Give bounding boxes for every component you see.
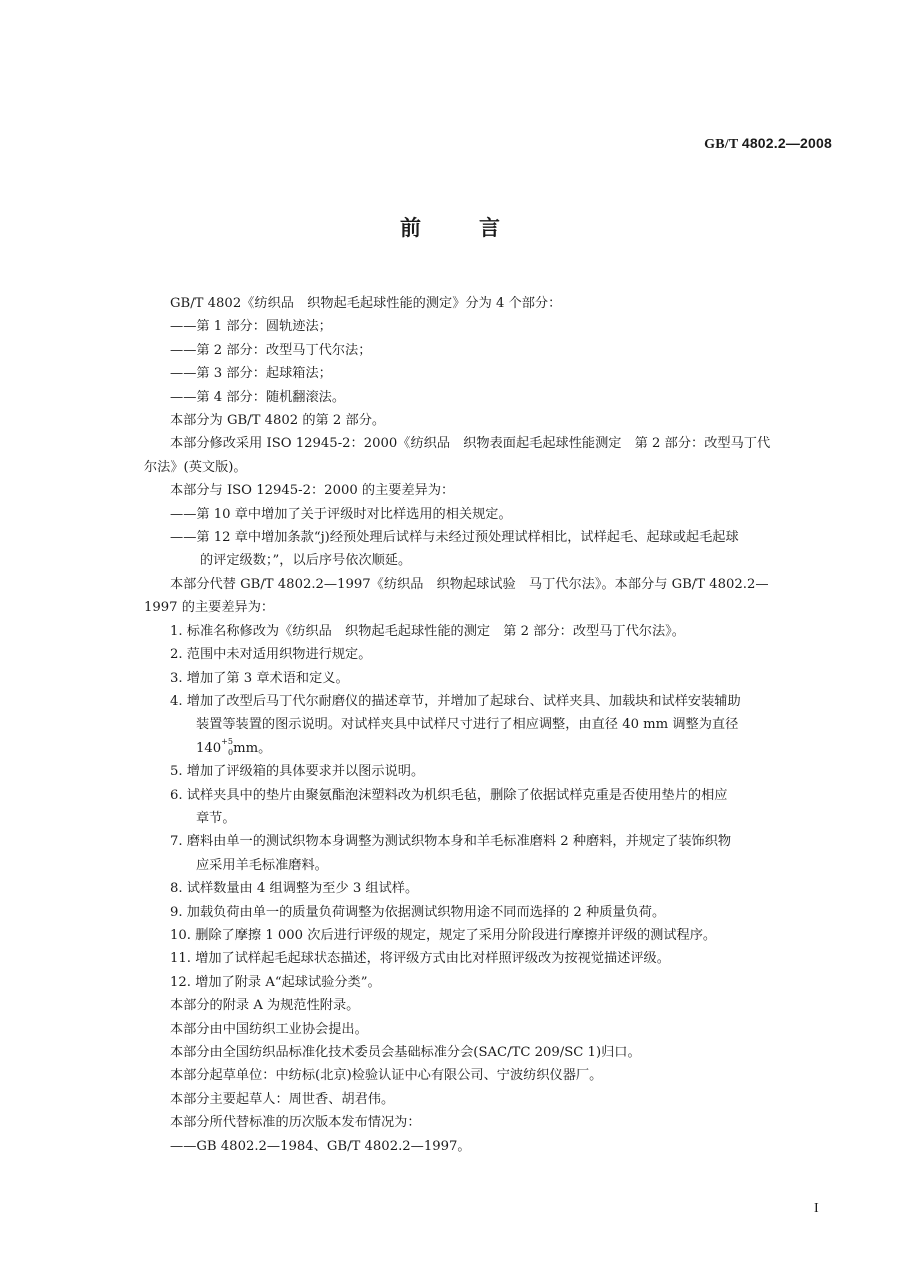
proposed-by: 本部分由中国纺织工业协会提出。 (144, 1018, 864, 1041)
upper-tolerance: +5 (221, 738, 233, 746)
title-char-2: 言 (479, 212, 500, 242)
iso-diff-item: ——第 12 章中增加条款“j)经预处理后试样与未经过预处理试样相比，试样起毛、… (144, 526, 864, 549)
history-list: ——GB 4802.2—1984、GB/T 4802.2—1997。 (144, 1135, 864, 1158)
iso-diff-item-cont: 的评定级数；”，以后序号依次顺延。 (144, 549, 864, 572)
lower-tolerance: 0 (228, 749, 233, 757)
change-item-2: 2. 范围中未对适用织物进行规定。 (144, 643, 864, 666)
change-item-12: 12. 增加了附录 A“起球试验分类”。 (144, 971, 864, 994)
part-item: ——第 3 部分：起球箱法； (144, 362, 864, 385)
change-item-7-cont: 应采用羊毛标准磨料。 (144, 854, 864, 877)
history-intro: 本部分所代替标准的历次版本发布情况为： (144, 1111, 864, 1134)
intro-paragraph: GB/T 4802《纺织品 织物起毛起球性能的测定》分为 4 个部分： (144, 292, 864, 315)
adoption-statement: 本部分修改采用 ISO 12945-2：2000《纺织品 织物表面起毛起球性能测… (144, 432, 864, 455)
change-item-5: 5. 增加了评级箱的具体要求并以图示说明。 (144, 760, 864, 783)
drafters: 本部分主要起草人：周世香、胡君伟。 (144, 1088, 864, 1111)
change-item-8: 8. 试样数量由 4 组调整为至少 3 组试样。 (144, 877, 864, 900)
standard-code: 4802.2—2008 (742, 135, 832, 151)
title-char-1: 前 (400, 212, 421, 242)
annex-statement: 本部分的附录 A 为规范性附录。 (144, 994, 864, 1017)
centralized-by: 本部分由全国纺织品标准化技术委员会基础标准分会(SAC/TC 209/SC 1)… (144, 1041, 864, 1064)
adoption-statement-cont: 尔法》(英文版)。 (144, 456, 864, 479)
standard-number-header: GB/T 4802.2—2008 (704, 135, 832, 153)
part-item: ——第 2 部分：改型马丁代尔法； (144, 339, 864, 362)
change-item-6-cont: 章节。 (144, 807, 864, 830)
page-title: 前言 (0, 212, 900, 242)
change-item-4-cont: 装置等装置的图示说明。对试样夹具中试样尺寸进行了相应调整，由直径 40 mm 调… (144, 713, 864, 736)
part-item: ——第 1 部分：圆轨迹法； (144, 315, 864, 338)
change-item-6: 6. 试样夹具中的垫片由聚氨酯泡沫塑料改为机织毛毡，删除了依据试样克重是否使用垫… (144, 784, 864, 807)
change-item-3: 3. 增加了第 3 章术语和定义。 (144, 667, 864, 690)
replace-statement: 本部分代替 GB/T 4802.2—1997《纺织品 织物起球试验 马丁代尔法》… (144, 573, 864, 596)
page-number: I (814, 1201, 819, 1217)
this-part-statement: 本部分为 GB/T 4802 的第 2 部分。 (144, 409, 864, 432)
change-item-1: 1. 标准名称修改为《纺织品 织物起毛起球性能的测定 第 2 部分：改型马丁代尔… (144, 620, 864, 643)
dimension-value: 140+50mm。 (144, 737, 864, 760)
change-item-7: 7. 磨料由单一的测试织物本身调整为测试织物本身和羊毛标准磨料 2 种磨料，并规… (144, 830, 864, 853)
change-item-10: 10. 删除了摩擦 1 000 次后进行评级的规定，规定了采用分阶段进行摩擦并评… (144, 924, 864, 947)
iso-diff-intro: 本部分与 ISO 12945-2：2000 的主要差异为： (144, 479, 864, 502)
foreword-body: GB/T 4802《纺织品 织物起毛起球性能的测定》分为 4 个部分： ——第 … (144, 292, 864, 1158)
change-item-11: 11. 增加了试样起毛起球状态描述，将评级方式由比对样照评级改为按视觉描述评级。 (144, 947, 864, 970)
drafting-units: 本部分起草单位：中纺标(北京)检验认证中心有限公司、宁波纺织仪器厂。 (144, 1064, 864, 1087)
change-item-4: 4. 增加了改型后马丁代尔耐磨仪的描述章节，并增加了起球台、试样夹具、加载块和试… (144, 690, 864, 713)
part-item: ——第 4 部分：随机翻滚法。 (144, 386, 864, 409)
standard-prefix: GB/T (704, 137, 738, 152)
iso-diff-item: ——第 10 章中增加了关于评级时对比样选用的相关规定。 (144, 503, 864, 526)
replace-statement-cont: 1997 的主要差异为： (144, 596, 864, 619)
change-item-9: 9. 加载负荷由单一的质量负荷调整为依据测试织物用途不同而选择的 2 种质量负荷… (144, 901, 864, 924)
